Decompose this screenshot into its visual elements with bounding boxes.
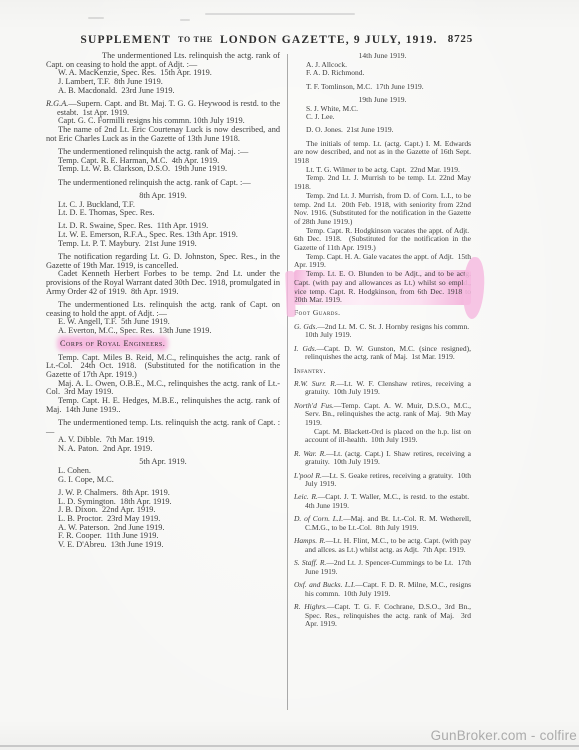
section-heading: Foot Guards. [294, 309, 471, 318]
paragraph: V. E. D'Abreu. 13th June 1919. [46, 541, 280, 550]
paragraph: The initials of temp. Lt. (actg. Capt.) … [294, 140, 471, 166]
paragraph: Temp. Lt. P. T. Maybury. 21st June 1919. [46, 240, 280, 249]
paragraph: The undermentioned Lts. relinquish the a… [46, 301, 280, 318]
paragraph: D. O. Jones. 21st June 1919. [294, 126, 471, 135]
paragraph: F. A. D. Richmond. [294, 69, 471, 78]
section-heading: Corps of Royal Engineers. [46, 340, 280, 349]
paragraph: R. Highrs.—Capt. T. G. F. Cochrane, D.S.… [294, 603, 471, 629]
regiment-abbreviation: Oxf. and Bucks. L.I. [294, 580, 355, 589]
highlight-marker: Corps of Royal Engineers. [60, 339, 165, 348]
regiment-abbreviation: D. of Corn. L.I. [294, 514, 343, 523]
paragraph: The notification regarding Lt. G. D. Joh… [46, 253, 280, 270]
paragraph: R.G.A.—Supern. Capt. and Bt. Maj. T. G. … [46, 100, 280, 117]
header-to-the: TO THE [175, 35, 216, 44]
column-divider-rule [287, 54, 288, 710]
regiment-abbreviation: Leic. R. [294, 492, 318, 501]
paragraph: R.W. Surr. R.—Lt. W. F. Clenshaw retires… [294, 380, 471, 397]
regiment-abbreviation: R.G.A. [46, 99, 68, 108]
paragraph: G. I. Cope, M.C. [46, 476, 280, 485]
regiment-abbreviation: L'pool R. [294, 471, 322, 480]
paragraph: Capt. M. Blackett-Ord is placed on the h… [294, 428, 471, 445]
paragraph: D. of Corn. L.I.—Maj. and Bt. Lt.-Col. R… [294, 515, 471, 532]
paragraph: A. B. Macdonald. 23rd June 1919. [46, 87, 280, 96]
paragraph: The undermentioned Lts. relinquish the a… [46, 52, 280, 69]
paragraph: Maj. A. L. Owen, O.B.E., M.C., relinquis… [46, 380, 280, 397]
gunbroker-watermark: GunBroker.com - colfire [431, 728, 577, 743]
gazette-scan-page: SUPPLEMENT TO THE LONDON GAZETTE, 9 JULY… [0, 0, 579, 750]
paragraph: N. A. Paton. 2nd Apr. 1919. [46, 445, 280, 454]
regiment-abbreviation: R. War. R. [294, 449, 326, 458]
paragraph: The undermentioned temp. Lts. relinquish… [46, 419, 280, 436]
regiment-abbreviation: North'd Fus. [294, 401, 334, 410]
paragraph: Temp. Capt. Miles B. Reid, M.C., relinqu… [46, 354, 280, 380]
paragraph: The name of 2nd Lt. Eric Courtenay Luck … [46, 126, 280, 143]
regiment-abbreviation: Hamps. R. [294, 536, 326, 545]
regiment-abbreviation: G. Gds. [294, 322, 317, 331]
paragraph: I. Gds.—Capt. D. W. Gunston, M.C. (since… [294, 345, 471, 362]
scan-smudge [180, 19, 190, 21]
paragraph: S. Staff. R.—2nd Lt. J. Spencer-Cummings… [294, 559, 471, 576]
paragraph: C. J. Lee. [294, 113, 471, 122]
paragraph: Hamps. R.—Lt. H. Flint, M.C., to be actg… [294, 537, 471, 554]
right-column: 14th June 1919.A. J. Allcock.F. A. D. Ri… [294, 52, 471, 629]
paragraph: Temp. 2nd Lt. J. Murrish to be temp. Lt.… [294, 174, 471, 191]
scan-edge-line [0, 745, 579, 747]
fold-mark [205, 13, 355, 15]
paragraph: Oxf. and Bucks. L.I.—Capt. F. D. R. Miln… [294, 581, 471, 598]
paragraph: Cadet Kenneth Herbert Forbes to be temp.… [46, 270, 280, 296]
scan-smudge [88, 17, 104, 19]
paragraph: A. Everton, M.C., Spec. Res. 13th June 1… [46, 327, 280, 336]
paragraph: R. War. R.—Lt. (actg. Capt.) I. Shaw ret… [294, 450, 471, 467]
paragraph: Temp. 2nd Lt. J. Murrish, from D. of Cor… [294, 192, 471, 227]
paragraph: Temp. Capt. R. Hodgkinson vacates the ap… [294, 227, 471, 253]
paragraph: Temp. Capt. H. A. Gale vacates the appt.… [294, 253, 471, 270]
page-header: SUPPLEMENT TO THE LONDON GAZETTE, 9 JULY… [45, 30, 473, 48]
paragraph: T. F. Tomlinson, M.C. 17th June 1919. [294, 83, 471, 92]
regiment-abbreviation: R. Highrs. [294, 602, 327, 611]
paragraph: The undermentioned relinquish the actg. … [46, 179, 280, 188]
paragraph: G. Gds.—2nd Lt. M. C. St. J. Hornby resi… [294, 323, 471, 340]
header-gazette-title: LONDON GAZETTE, 9 JULY, 1919. [220, 34, 438, 46]
highlighted-paragraph: Temp. Lt. E. O. Blunden to be Adjt., and… [294, 270, 471, 305]
section-heading: Infantry. [294, 367, 471, 376]
paragraph: North'd Fus.—Temp. Capt. A. W. Muir, D.S… [294, 402, 471, 428]
paragraph: Temp. Capt. H. E. Hedges, M.B.E., relinq… [46, 397, 280, 414]
left-column: The undermentioned Lts. relinquish the a… [46, 52, 280, 550]
paragraph: L'pool R.—Lt. S. Geake retires, receivin… [294, 472, 471, 489]
header-supplement: SUPPLEMENT [80, 34, 171, 46]
regiment-abbreviation: S. Staff. R. [294, 558, 326, 567]
paragraph: Lt. D. E. Thomas, Spec. Res. [46, 209, 280, 218]
paragraph: Temp. Lt. W. B. Clarkson, D.S.O. 19th Ju… [46, 165, 280, 174]
page-number: 8725 [437, 33, 473, 45]
paragraph: Leic. R.—Capt. J. T. Waller, M.C., is re… [294, 493, 471, 510]
regiment-abbreviation: I. Gds. [294, 344, 317, 353]
regiment-abbreviation: R.W. Surr. R. [294, 379, 337, 388]
